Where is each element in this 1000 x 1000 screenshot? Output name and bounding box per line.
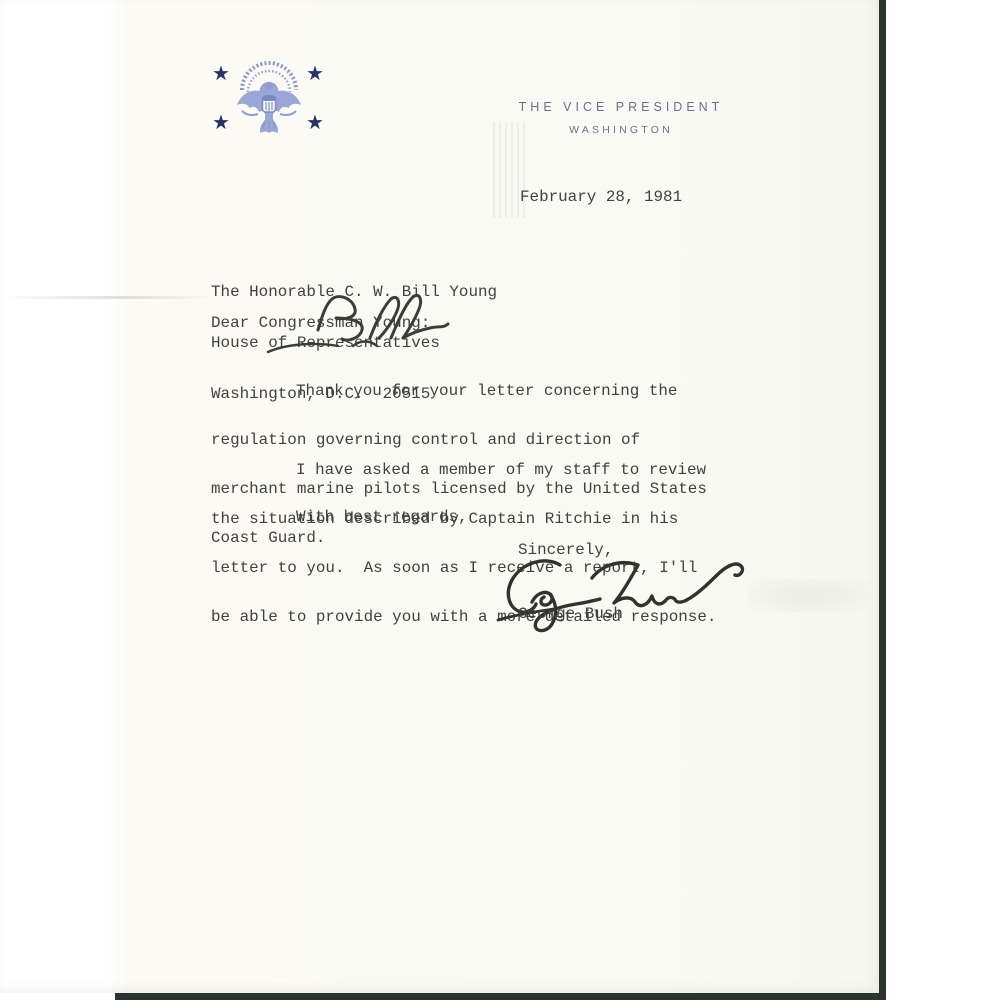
vice-president-seal-eagle-icon bbox=[229, 56, 309, 144]
letterhead-city: WASHINGTON bbox=[505, 124, 737, 136]
typed-signature-name: George Bush bbox=[518, 606, 623, 623]
seal-star-top-left: ★ bbox=[212, 63, 230, 83]
scan-smudge bbox=[748, 578, 870, 612]
mat-edge-bottom bbox=[115, 993, 886, 1000]
handwritten-signature bbox=[488, 552, 758, 640]
letter-page: ★ ★ ★ ★ THE VICE PRESIDENT WASHINGTON Fe… bbox=[0, 0, 879, 993]
scan-crease bbox=[0, 296, 215, 299]
date-line: February 28, 1981 bbox=[520, 189, 682, 206]
letterhead-office: THE VICE PRESIDENT bbox=[505, 100, 737, 114]
body-line: Thank you for your letter concerning the bbox=[211, 383, 707, 399]
scanned-letter: ★ ★ ★ ★ THE VICE PRESIDENT WASHINGTON Fe… bbox=[0, 0, 1000, 1000]
seal-star-bottom-left: ★ bbox=[212, 112, 230, 132]
mat-edge-right bbox=[879, 0, 886, 1000]
body-line: I have asked a member of my staff to rev… bbox=[211, 462, 716, 478]
regards-line: With best regards, bbox=[211, 509, 468, 526]
